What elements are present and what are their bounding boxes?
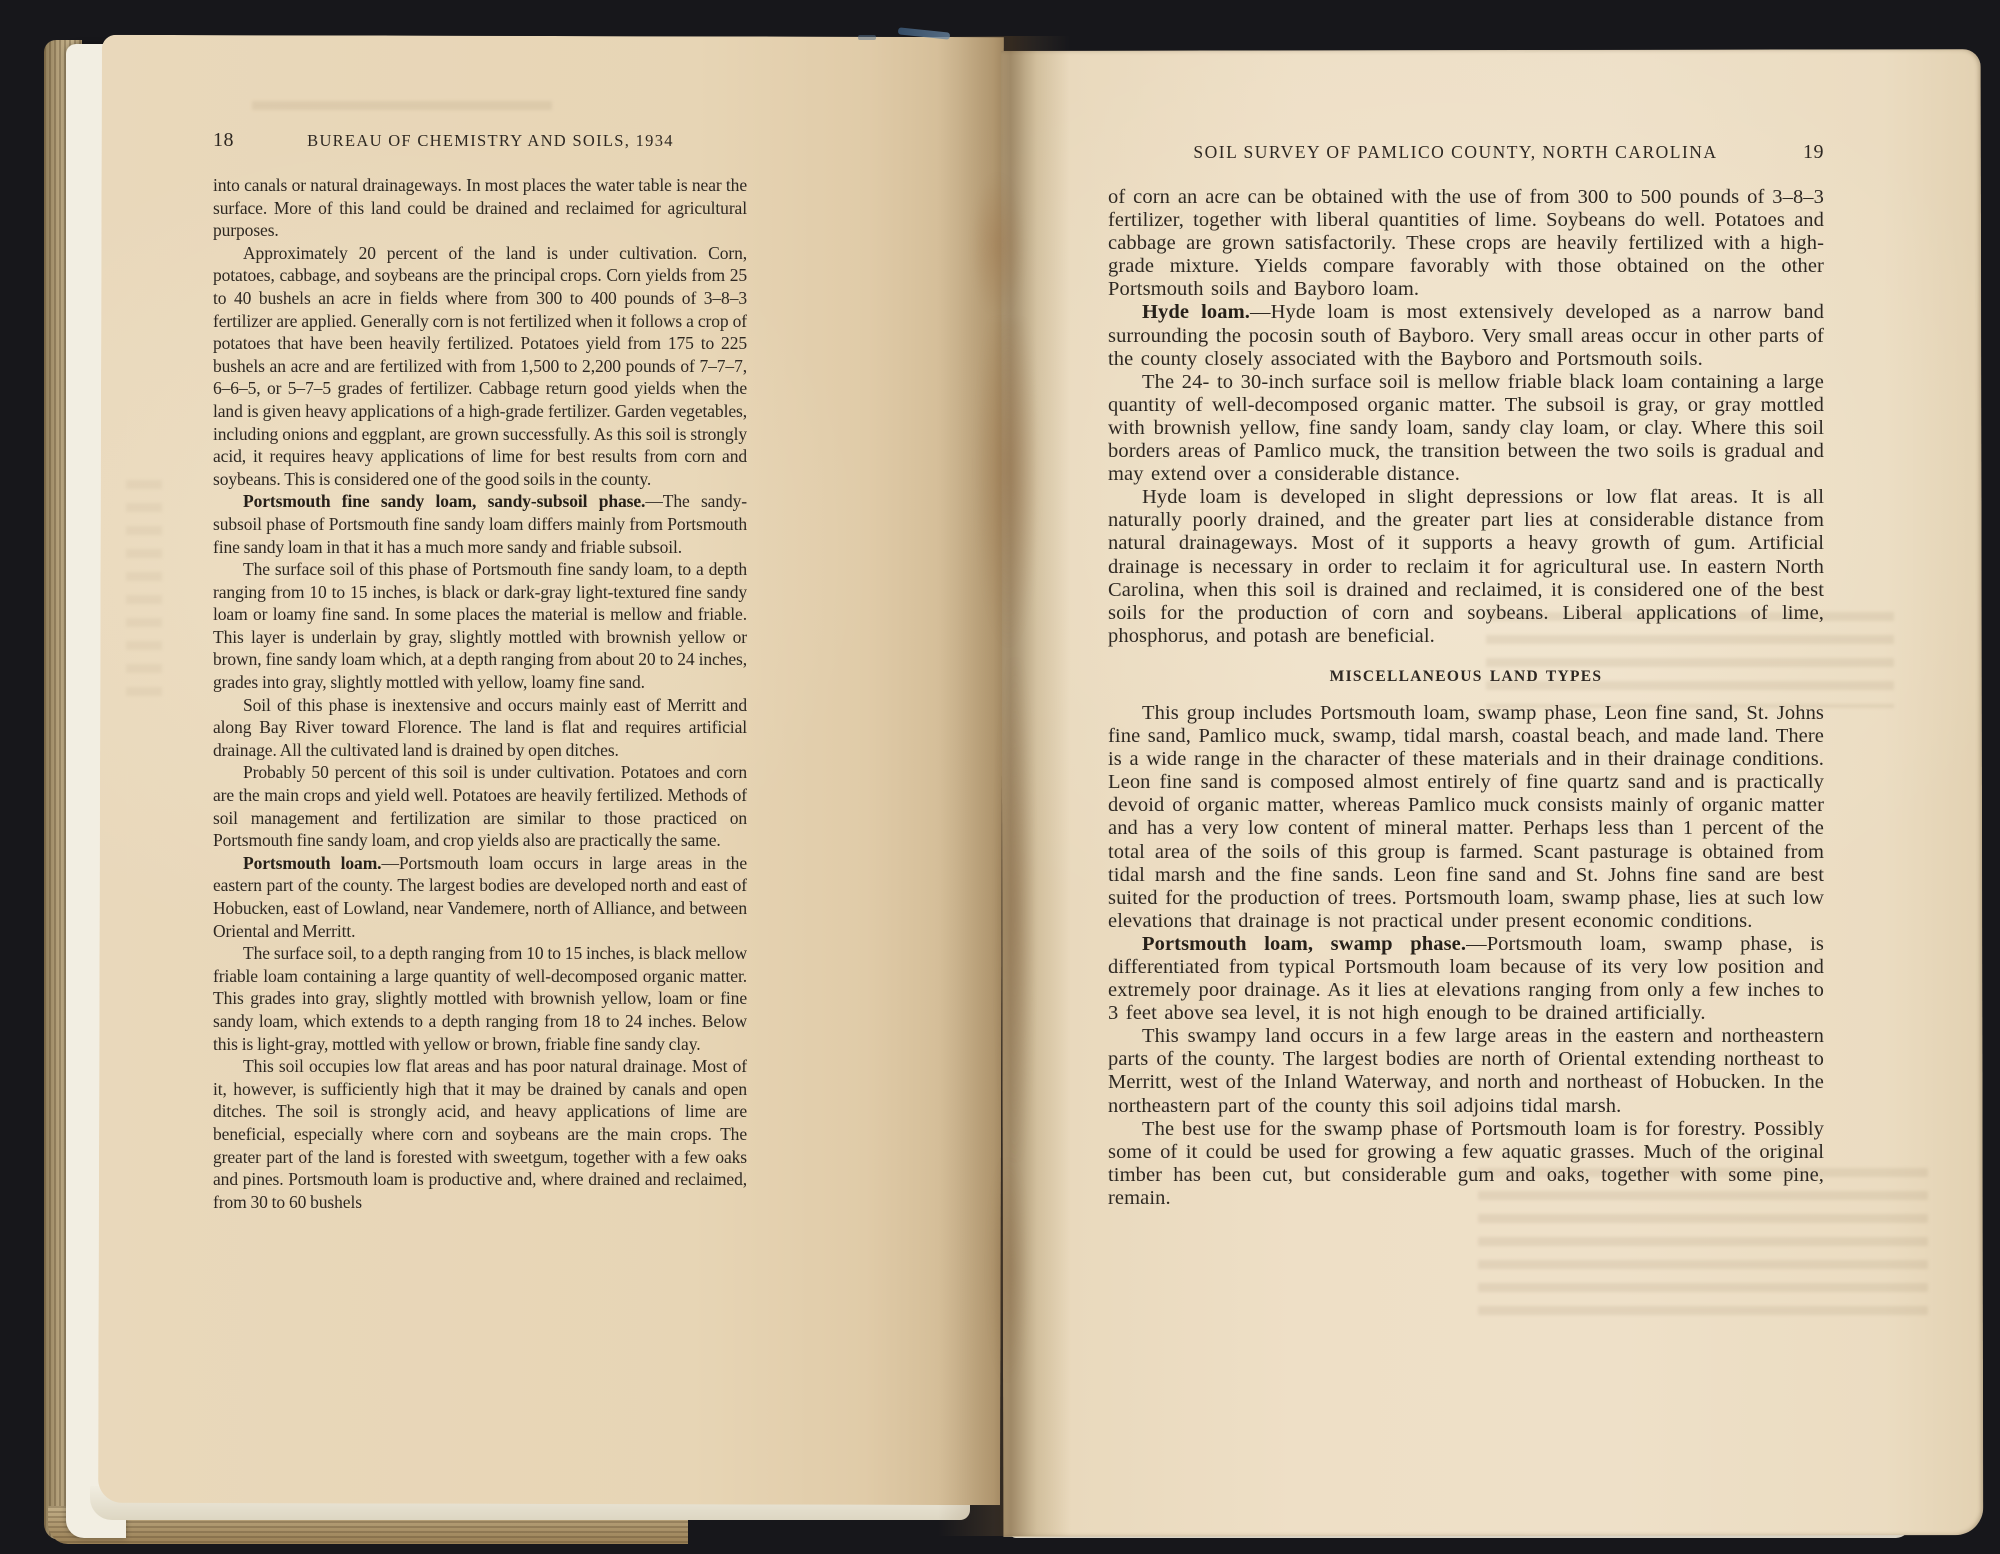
paragraph: Portsmouth loam, swamp phase.—Portsmouth… xyxy=(1108,933,1824,1025)
paragraph: Portsmouth fine sandy loam, sandy-subsoi… xyxy=(213,490,747,558)
paragraph: The 24- to 30-inch surface soil is mello… xyxy=(1108,371,1824,486)
paragraph: into canals or natural drainageways. In … xyxy=(213,174,747,242)
paragraph: Approximately 20 percent of the land is … xyxy=(213,242,747,491)
running-header-left: BUREAU OF CHEMISTRY AND SOILS, 1934 xyxy=(234,131,747,151)
paragraph: Hyde loam.—Hyde loam is most extensively… xyxy=(1108,301,1824,370)
paragraph: The surface soil of this phase of Portsm… xyxy=(213,558,747,694)
paragraph: Probably 50 percent of this soil is unde… xyxy=(213,761,747,851)
soil-type-lead: Portsmouth loam, swamp phase. xyxy=(1142,933,1466,955)
paragraph: This swampy land occurs in a few large a… xyxy=(1108,1025,1824,1117)
paragraph: Soil of this phase is inextensive and oc… xyxy=(213,694,747,762)
page-number-left: 18 xyxy=(213,129,234,152)
left-page-body-text: into canals or natural drainageways. In … xyxy=(213,174,747,1386)
paragraph: The surface soil, to a depth ranging fro… xyxy=(213,942,747,1055)
soil-type-lead: Portsmouth fine sandy loam, sandy-subsoi… xyxy=(243,491,645,511)
running-header-right: SOIL SURVEY OF PAMLICO COUNTY, NORTH CAR… xyxy=(1108,142,1803,163)
page-number-right: 19 xyxy=(1803,141,1824,164)
book-scan-scene: 18 BUREAU OF CHEMISTRY AND SOILS, 1934 S… xyxy=(0,0,2000,1554)
right-page-body-text: of corn an acre can be obtained with the… xyxy=(1108,186,1824,1416)
soil-type-lead: Portsmouth loam. xyxy=(243,853,381,873)
paragraph: of corn an acre can be obtained with the… xyxy=(1108,186,1824,301)
soil-type-lead: Hyde loam. xyxy=(1142,301,1250,323)
section-heading: MISCELLANEOUS LAND TYPES xyxy=(1108,665,1824,688)
binding-thread xyxy=(858,35,876,40)
right-page-header: SOIL SURVEY OF PAMLICO COUNTY, NORTH CAR… xyxy=(1108,141,1824,164)
paragraph: This group includes Portsmouth loam, swa… xyxy=(1108,702,1824,933)
paragraph: Hyde loam is developed in slight depress… xyxy=(1108,486,1824,648)
paragraph: The best use for the swamp phase of Port… xyxy=(1108,1118,1824,1210)
paragraph: Portsmouth loam.—Portsmouth loam occurs … xyxy=(213,852,747,942)
left-page-header: 18 BUREAU OF CHEMISTRY AND SOILS, 1934 xyxy=(213,129,747,152)
paragraph: This soil occupies low flat areas and ha… xyxy=(213,1055,747,1213)
